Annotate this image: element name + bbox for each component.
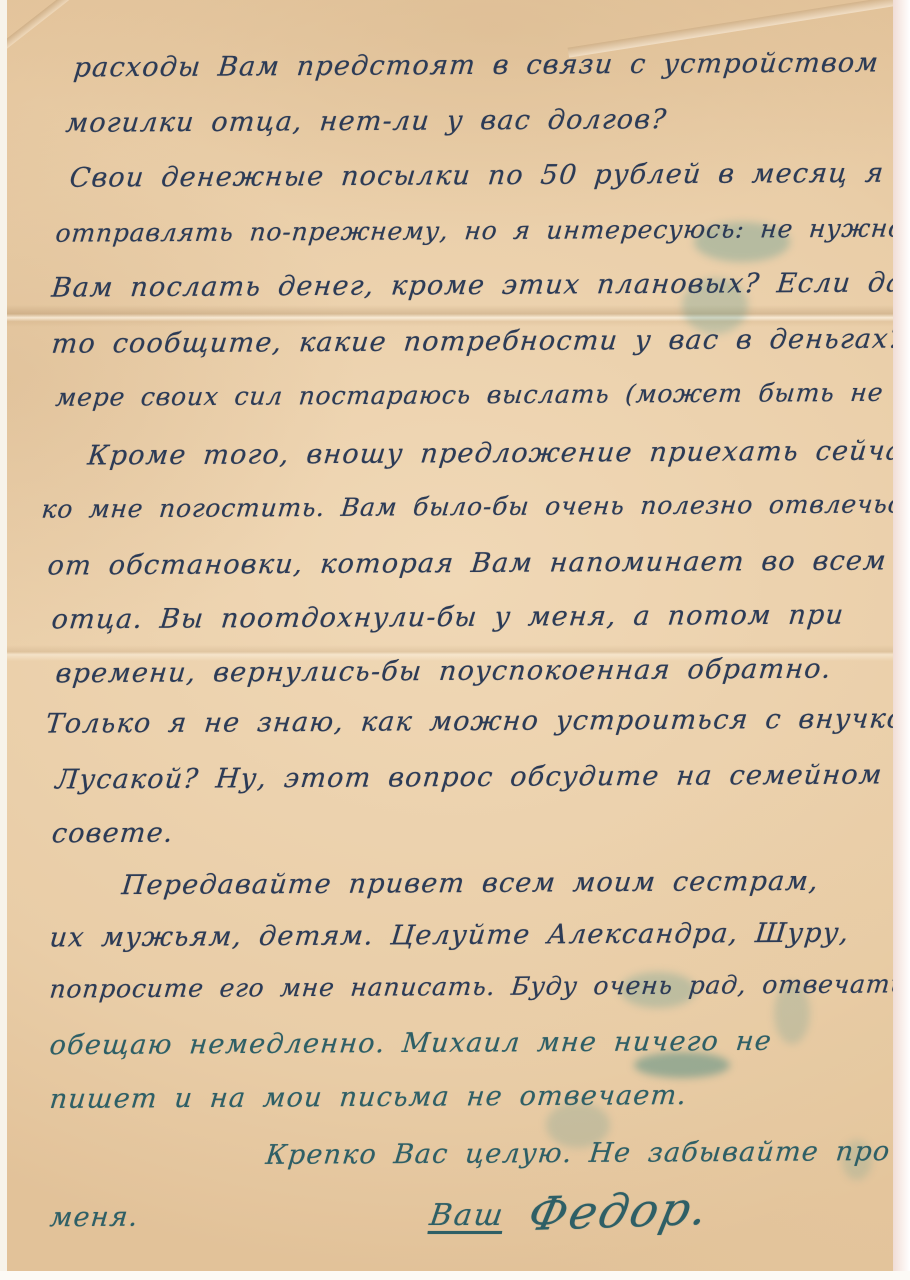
signature-prefix: Ваш xyxy=(428,1198,507,1233)
signature: Федор. xyxy=(523,1181,714,1241)
letter-line: меня. xyxy=(48,1202,140,1234)
letter-line: отправлять по-прежнему, но я интересуюсь… xyxy=(54,213,910,247)
fold-crease-corner-top-left xyxy=(0,0,201,57)
scan-edge-left xyxy=(0,0,7,1280)
letter-line: Передавайте привет всем моим сестрам, xyxy=(120,866,820,901)
letter-line: времени, вернулись-бы поуспокоенная обра… xyxy=(54,654,833,690)
letter-line: Кроме того, вношу предложение приехать с… xyxy=(86,435,910,471)
letter-line: мере своих сил постараюсь выслать (может… xyxy=(54,377,910,412)
letter-line: могилки отца, нет-ли у вас долгов? xyxy=(64,104,668,139)
letter-line: их мужьям, детям. Целуйте Александра, Шу… xyxy=(48,918,851,954)
letter-line: ко мне погостить. Вам было-бы очень поле… xyxy=(40,489,910,523)
letter-line: расходы Вам предстоят в связи с устройст… xyxy=(72,48,880,84)
letter-line: пишет и на мои письма не отвечает. xyxy=(48,1080,688,1115)
letter-line: Лусакой? Ну, этот вопрос обсудите на сем… xyxy=(54,759,884,795)
letter-line: обещаю немедленно. Михаил мне ничего не xyxy=(48,1026,773,1061)
letter-line: Только я не знаю, как можно устроиться с… xyxy=(44,703,910,739)
scan-edge-bottom xyxy=(0,1271,910,1280)
letter-line: отца. Вы поотдохнули-бы у меня, а потом … xyxy=(50,600,845,636)
letter-line: попросите его мне написать. Буду очень р… xyxy=(48,969,906,1003)
letter-line: Свои денежные посылки по 50 рублей в мес… xyxy=(68,157,910,194)
letter-line: совете. xyxy=(50,818,175,850)
letter-page: расходы Вам предстоят в связи с устройст… xyxy=(6,0,894,1272)
letter-line: от обстановки, которая Вам напоминает во… xyxy=(46,545,888,581)
letter-line: то сообщите, какие потребности у вас в д… xyxy=(50,323,910,360)
letter-line: Вам послать денег, кроме этих плановых? … xyxy=(50,267,910,303)
scan-edge-right xyxy=(893,0,910,1280)
letter-line: Крепко Вас целую. Не забывайте про xyxy=(264,1136,892,1171)
